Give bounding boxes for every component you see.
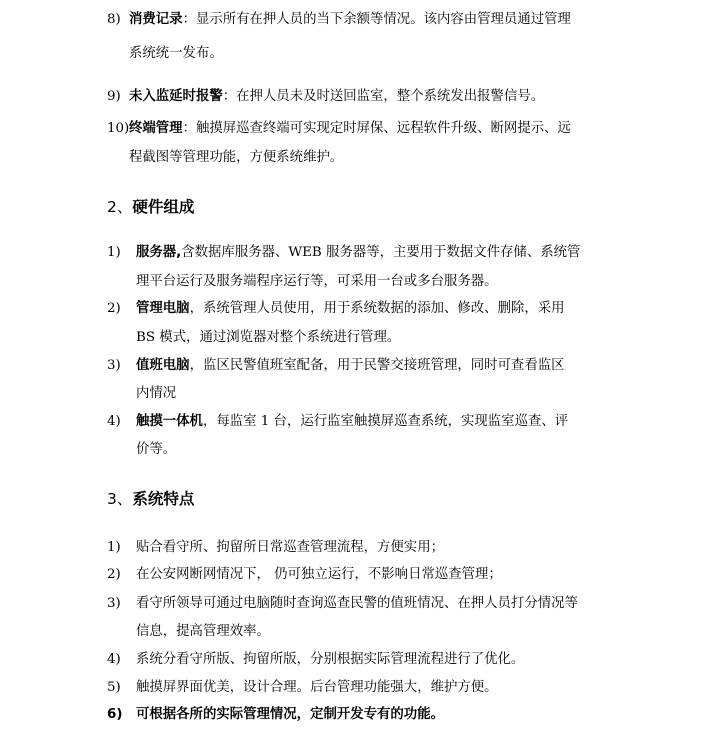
item-title: 服务器 [136,245,176,260]
item-text-continued: 程截图等管理功能，方便系统维护。 [129,150,343,166]
section-heading-features: 3、系统特点 [107,490,194,508]
item-text-continued: BS 模式，通过浏览器对整个系统进行管理。 [136,330,400,346]
item-text: 贴合看守所、拘留所日常巡查管理流程，方便实用； [136,540,444,556]
item-text: 系统管理人员使用，用于系统数据的添加、修改、删除，采用 [203,301,565,316]
item-title: 终端管理 [129,121,183,136]
item-number: 3) [107,596,121,612]
item-text-continued: 信息，提高管理效率。 [136,624,270,640]
item-text: 含数据库服务器、WEB 服务器等，主要用于数据文件存储、系统管 [181,245,580,260]
item-number: 8) [107,12,121,28]
item-number: 2) [107,301,121,317]
item-text: 触摸屏界面优美，设计合理。后台管理功能强大，维护方便。 [136,680,498,696]
item-text-continued: 理平台运行及服务端程序运行等，可采用一台或多台服务器。 [136,274,498,290]
item-title: 未入监延时报警 [129,89,223,104]
item-number: 9) [107,89,121,105]
item-number: 1) [107,540,121,556]
item-text-continued: 内情况 [136,386,176,402]
item-separator: ： [223,89,236,104]
item-separator: ， [190,301,203,316]
item-number: 10) [107,121,129,137]
heading-title: 系统特点 [132,490,194,508]
item-title: 触摸一体机 [136,414,203,429]
item-text: 监区民警值班室配备，用于民警交接班管理，同时可查看监区 [203,358,565,373]
item-text-continued: 价等。 [136,442,176,458]
item-text: 每监室 1 台，运行监室触摸屏巡查系统，实现监室巡查、评 [216,414,568,429]
item-number: 6) [107,707,122,723]
item-number: 4) [107,652,121,668]
item-text: 可根据各所的实际管理情况，定制开发专有的功能。 [136,707,444,723]
item-separator: ： [183,121,196,136]
item-number: 4) [107,414,121,430]
item-number: 5) [107,680,121,696]
item-text: 显示所有在押人员的当下余额等情况。该内容由管理员通过管理 [196,12,571,27]
item-separator: ， [203,414,216,429]
item-text: 系统分看守所版、拘留所版，分别根据实际管理流程进行了优化。 [136,652,524,668]
item-number: 2) [107,567,121,583]
item-text: 看守所领导可通过电脑随时查询巡查民警的值班情况、在押人员打分情况等 [136,596,578,612]
item-title: 管理电脑 [136,301,190,316]
item-text: 在公安网断网情况下， 仍可独立运行，不影响日常巡查管理； [136,567,502,583]
heading-number: 3、 [107,490,132,508]
item-separator: ： [183,12,196,27]
item-separator: ， [190,358,203,373]
item-number: 3) [107,358,121,374]
item-text: 在押人员未及时送回监室，整个系统发出报警信号。 [236,89,544,104]
heading-number: 2、 [107,198,132,216]
item-title: 值班电脑 [136,358,190,373]
item-text: 触摸屏巡查终端可实现定时屏保、远程软件升级、断网提示、远 [196,121,571,136]
item-title: 消费记录 [129,12,183,27]
section-heading-hardware: 2、硬件组成 [107,198,194,216]
heading-title: 硬件组成 [132,198,194,216]
item-text-continued: 系统统一发布。 [129,46,223,62]
item-number: 1) [107,245,121,261]
